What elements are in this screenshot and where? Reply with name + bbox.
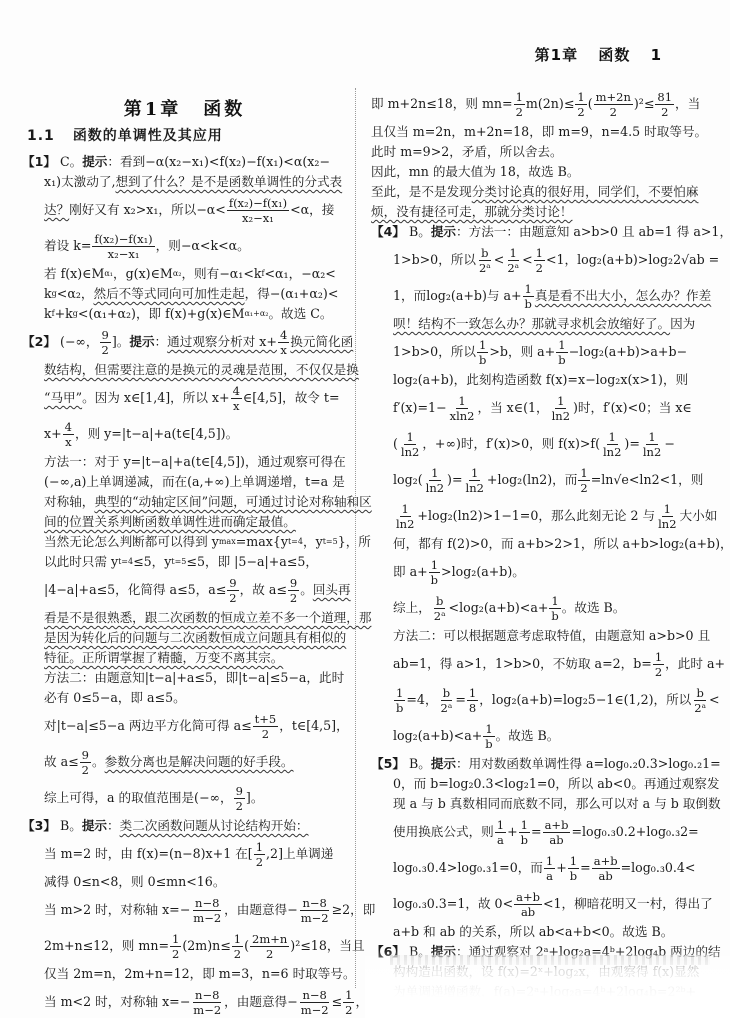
numerator: b [441, 686, 452, 701]
fraction: 92 [288, 576, 299, 605]
text-run: 。故选 B。 [562, 598, 626, 618]
text-line: 因此，mn 的最大值为 18，故选 B。 [371, 162, 693, 182]
denominator: a [544, 869, 555, 883]
text-run: ]。 [112, 332, 130, 352]
text-run: B。 [60, 816, 82, 836]
text-line: 数结构，但需要注意的是换元的灵魂是范围，不仅仅是换 [22, 360, 347, 380]
numerator: 9 [288, 576, 299, 591]
fraction: 1b [394, 686, 405, 715]
numerator: 1 [575, 90, 586, 105]
text-run: ，则 y=|t−a|+a(t∈[4,5])。 [75, 424, 238, 444]
numerator: 1 [549, 594, 560, 609]
numerator: 1 [469, 466, 480, 481]
text-run: 方法一：对于 y=|t−a|+a(t∈[4,5])，通过观察可得在 [44, 452, 346, 472]
text-run: 此时 m=9>2，矛盾，所以舍去。 [371, 142, 563, 162]
denominator: b [523, 297, 534, 311]
text-run: <α₁，−α₂< [264, 264, 335, 284]
text-run: 当 m=2 时，由 f(x)=(n−8)x+1 在[ [44, 844, 253, 864]
emphasized-text: 通过观察分析对 x+ [167, 332, 277, 352]
denominator: ln2 [550, 409, 572, 423]
fraction: 12 [575, 90, 586, 119]
numerator: 81 [655, 90, 674, 105]
text-line: kg<α₂，然后不等式同向可加性走起，得−(α₁+α₂)< [22, 284, 347, 304]
text-run: 。 [300, 580, 313, 600]
section-title: 1.1函数的单调性及其应用 [27, 126, 347, 146]
denominator: 2ᵃ [692, 701, 708, 715]
text-run: ： [155, 332, 168, 352]
text-run: m(2n)≤ [526, 94, 574, 114]
text-line: 减得 0≤n<8，则 0≤mn<16。 [22, 872, 347, 892]
text-line: 烦，没有捷径可走，那就分类讨论！ [371, 202, 693, 222]
fraction: n−8m−2 [191, 988, 223, 1017]
numerator: 1 [555, 394, 566, 409]
section-name: 函数的单调性及其应用 [73, 128, 223, 144]
fraction: 1ln2 [424, 466, 446, 495]
text-line: 以此时只需 yt=4≤5，yt=5≤5，即 |5−a|+a≤5， [22, 552, 347, 572]
text-run: 即 m+2n≤18，则 mn= [371, 94, 513, 114]
problem-number: 【4】 [371, 222, 405, 242]
text-run: }，所 [338, 532, 371, 552]
fraction: 1ln2 [550, 394, 572, 423]
section-number: 1.1 [27, 128, 55, 144]
fraction: b2ᵃ [477, 246, 493, 275]
text-run: ( [244, 936, 249, 956]
denominator: x [63, 435, 74, 449]
numerator: 1 [556, 338, 567, 353]
fraction: 1ln2 [399, 430, 421, 459]
fraction: b2ᵃ [692, 686, 708, 715]
numerator: b [479, 246, 490, 261]
text-line: kf+kg<(α₁+α₂)，即 f(x)+g(x)∈Mα₁+α₂。故选 C。 [22, 304, 347, 324]
text-run: <α₂， [57, 284, 94, 304]
text-line: 当 m<2 时，对称轴 x=−n−8m−2，由题意得−n−8m−2≤12， [22, 984, 347, 1018]
fraction: 92 [227, 576, 238, 605]
fraction: 92 [234, 784, 245, 813]
denominator: 2 [100, 343, 111, 357]
denominator: b [394, 701, 405, 715]
text-run: ，则−α<k<α。 [156, 236, 250, 256]
text-run: k [44, 284, 52, 304]
text-run: ，g(x)∈M [113, 264, 173, 284]
denominator: ln2 [464, 481, 486, 495]
numerator: 1 [467, 686, 478, 701]
text-run: 当然无论怎么判断都可以得到 y [44, 532, 219, 552]
text-line: log₂(a+b)<a+1b。故选 B。 [371, 718, 693, 754]
text-line: “马甲”。因为 x∈[1,4]，所以 x+4x∈[4,5]，故令 t= [22, 380, 347, 416]
denominator: b [556, 353, 567, 367]
text-line: 且仅当 m=2n，m+2n=18，即 m=9，n=4.5 时取等号。 [371, 122, 693, 142]
text-line: 间的位置关系判断函数单调性进而确定最值。 [22, 512, 347, 532]
text-line: 当 m=2 时，由 f(x)=(n−8)x+1 在[12,2]上单调递 [22, 836, 347, 872]
denominator: 8 [467, 701, 478, 715]
text-run: 2m+n≤12，则 mn= [44, 936, 169, 956]
text-line: 2m+n≤12，则 mn=12(2m)n≤12(2m+n2)²≤18，当且 [22, 928, 347, 964]
numerator: n−8 [300, 896, 328, 911]
text-line: 特征。正所谓掌握了精髓，万变不离其宗。 [22, 648, 347, 668]
faded-scan-edge [390, 955, 710, 965]
text-line: 即 a+1b>log₂(a+b)。 [371, 554, 693, 590]
numerator: 1 [254, 840, 265, 855]
denominator: 2ᵃ [439, 701, 455, 715]
text-run: 因此，mn 的最大值为 18，故选 B。 [371, 162, 579, 182]
fraction: 1a [544, 854, 555, 883]
text-run: ，得−(α₁+α₂)< [245, 284, 339, 304]
problem-number: 【2】 [22, 332, 56, 352]
text-run: f′(x)=1− [393, 398, 447, 418]
emphasized-text: 回头再 [313, 580, 351, 600]
text-line: log₂b，而 f(2b)=2²ᵇ+log₂2b，f(b²)=2ᵇ²+log₂b… [371, 1002, 693, 1018]
text-line: 方法二：由题意知|t−a|+a≤5，即|t−a|≤5−a，此时 [22, 668, 347, 688]
text-line: a+b 和 ab 的关系，所以 ab<a+b<0。故选 B。 [371, 922, 693, 942]
numerator: n−8 [193, 988, 221, 1003]
text-run: 。因为 x∈[1,4]，所以 x+ [82, 388, 230, 408]
text-line: 对|t−a|≤5−a 两边平方化简可得 a≤t+52，t∈[4,5]， [22, 708, 347, 744]
text-line: 0，而 b=log₂0.3<log₂1=0，所以 ab<0。再通过观察发 [371, 774, 693, 794]
text-run: ，由题意得− [224, 900, 298, 920]
text-line: 方法一：对于 y=|t−a|+a(t∈[4,5])，通过观察可得在 [22, 452, 347, 472]
text-line: 使用换底公式，则1a+1b=a+bab=log₀.₃0.2+log₀.₃2= [371, 814, 693, 850]
text-line: 为单调递增函数，f(a)=2ᵃ+log₂a=4ᵇ+2log₄b=2²ᵇ+ [371, 982, 693, 1002]
emphasized-text: 是因为转化后的问题与二次函数恒成立问题具有相似的 [44, 628, 346, 648]
text-run: −log₂(a+b)>a+b− [569, 342, 687, 362]
text-line: ab=1，得 a>1，1>b>0，不妨取 a=2，b=12，此时 a+ [371, 646, 693, 682]
denominator: m−2 [299, 1003, 331, 1017]
denominator: b [519, 833, 530, 847]
text-line: log₂(a+b)，此刻构造函数 f(x)=x−log₂x(x>1)，则 [371, 370, 693, 390]
numerator: n−8 [193, 896, 221, 911]
text-line: 现 a 与 b 真数相同而底数不同，那么可以对 a 与 b 取倒数 [371, 794, 693, 814]
emphasized-text: 参数分离也是解决问题的好手段。 [105, 752, 294, 772]
text-line: 达？ 刚好又有 x₂>x₁，所以−α<f(x₂)−f(x₁)x₂−x₁<α，接 [22, 192, 347, 228]
denominator: 2 [288, 591, 299, 605]
denominator: 2 [575, 105, 586, 119]
denominator: 2 [659, 105, 670, 119]
text-run: 且仅当 m=2n，m+2n=18，即 m=9，n=4.5 时取等号。 [371, 122, 707, 142]
fraction: 12 [232, 932, 243, 961]
numerator: 1 [653, 650, 664, 665]
fraction: n−8m−2 [191, 896, 223, 925]
text-run: x₁)太激动了, [44, 172, 115, 192]
text-line: 看是不是很熟悉，跟二次函数的恒成立差不多一个道理，那 [22, 608, 347, 628]
fraction: 1b [523, 282, 534, 311]
text-run: ， [355, 992, 368, 1012]
text-run: 当 m>2 时，对称轴 x=− [44, 900, 190, 920]
fraction: m+2n2 [594, 90, 633, 119]
text-run: 必有 0≤5−a，即 a≤5。 [44, 688, 186, 708]
denominator: 2 [514, 105, 525, 119]
numerator: 1 [607, 430, 618, 445]
text-line: 【4】B。提示：方法一：由题意知 a>b>0 且 ab=1 得 a>1， [371, 222, 693, 242]
numerator: 4 [278, 328, 289, 343]
fraction: 12 [254, 840, 265, 869]
emphasized-text: 看是不是很熟悉，跟二次函数的恒成立差不多一个道理，那 [44, 608, 371, 628]
text-run: + [507, 822, 518, 842]
text-line: 是因为转化后的问题与二次函数恒成立问题具有相似的 [22, 628, 347, 648]
text-run: ≥2，即 [332, 900, 376, 920]
text-line: 呗！结构不一致怎么办？那就寻求机会放缩好了。因为 [371, 314, 693, 334]
denominator: m−2 [191, 911, 223, 925]
text-line: 故 a≤92。参数分离也是解决问题的好手段。 [22, 744, 347, 780]
text-run: 1>b>0，所以 [393, 342, 476, 362]
running-header-title: 函数 [598, 46, 630, 64]
fraction: 1b [556, 338, 567, 367]
text-run: 1，而log₂(a+b)与 a+ [393, 286, 522, 306]
fraction: 4x [63, 420, 74, 449]
text-line: 1b=4，b2ᵃ=18，log₂(a+b)=log₂5−1∈(1,2)，所以b2… [371, 682, 693, 718]
text-line: log₀.₃0.4>log₀.₃1=0，而1a+1b=a+bab=log₀.₃0… [371, 850, 693, 886]
running-header-chapter: 第1章 [535, 46, 578, 64]
text-run: ]。 [246, 788, 264, 808]
numerator: m+2n [594, 90, 633, 105]
text-run: = [455, 690, 466, 710]
denominator: ab [547, 833, 565, 847]
fraction: 1ln2 [601, 430, 623, 459]
denominator: x [231, 399, 242, 413]
emphasized-text: 换元简化函 [290, 332, 353, 352]
numerator: 1 [394, 686, 405, 701]
fraction: 18 [467, 686, 478, 715]
denominator: 2 [227, 591, 238, 605]
denominator: 2 [534, 261, 545, 275]
denominator: x₂−x₁ [240, 211, 276, 225]
numerator: 1 [514, 90, 525, 105]
text-run: x+ [44, 424, 62, 444]
text-run: 减得 0≤n<8，则 0≤mn<16。 [44, 872, 225, 892]
text-run: <log₂(a+b)<a+ [449, 598, 549, 618]
denominator: ln2 [424, 481, 446, 495]
text-run: >log₂(a+b)。 [441, 562, 525, 582]
text-run: < [709, 690, 720, 710]
text-line: 【1】C。提示：看到−α(x₂−x₁)<f(x₂)−f(x₁)<α(x₂− [22, 152, 347, 172]
numerator: 1 [483, 722, 494, 737]
numerator: 4 [63, 420, 74, 435]
hint-label: 提示 [129, 332, 154, 352]
hint-label: 提示 [82, 816, 107, 836]
text-run: >b，则 a+ [489, 342, 555, 362]
text-run: )= [447, 470, 462, 490]
text-line: log₀.₃0.3=1，故 0<a+bab<1，柳暗花明又一村，得出了 [371, 886, 693, 922]
numerator: 1 [429, 466, 440, 481]
text-run: 现 a 与 b 真数相同而底数不同，那么可以对 a 与 b 取倒数 [393, 794, 721, 814]
text-run: =log₀.₃0.2+log₀.₃2= [571, 822, 698, 842]
text-run: − [664, 434, 675, 454]
text-run: log₂b，而 f(2b)=2²ᵇ+log₂2b，f(b²)=2ᵇ²+log₂b… [393, 1002, 695, 1018]
text-run: 因为 [670, 314, 695, 334]
text-run: ，故 a≤ [240, 580, 287, 600]
text-run: = [531, 822, 542, 842]
text-line: x₁)太激动了,想到了什么？是不是函数单调性的分式表 [22, 172, 347, 192]
denominator: x [278, 343, 289, 357]
text-line: log₂(1ln2)=1ln2+log₂(ln2)，而12=ln√e<ln2<1… [371, 462, 693, 498]
text-line: 何，都有 f(2)>0，而 a+b>2>1，所以 a+b>log₂(a+b)， [371, 534, 693, 554]
numerator: b [694, 686, 705, 701]
emphasized-text: 类二次函数问题从讨论结构开始： [120, 816, 309, 836]
text-line: x+4x，则 y=|t−a|+a(t∈[4,5])。 [22, 416, 347, 452]
fraction: 1b [549, 594, 560, 623]
denominator: ln2 [394, 517, 416, 531]
numerator: 1 [519, 818, 530, 833]
running-header: 第1章 函数 1 [535, 44, 662, 65]
numerator: 1 [544, 854, 555, 869]
emphasized-text: 然后不等式同向可加性走起 [93, 284, 244, 304]
text-run: log₂(a+b)，此刻构造函数 f(x)=x−log₂x(x>1)，则 [393, 370, 688, 390]
denominator: b [483, 737, 494, 751]
fraction: 2m+n2 [250, 932, 289, 961]
text-run: ≤ [332, 992, 343, 1012]
text-run: (−∞,a)上单调递减，而在(a,+∞)上单调递增，t=a 是 [44, 472, 345, 492]
text-run: +log₂(ln2)，而 [487, 470, 577, 490]
right-column-lines: 即 m+2n≤18，则 mn=12m(2n)≤12(m+2n2)²≤812，当且… [371, 86, 693, 1018]
fraction: b2ᵃ [432, 594, 448, 623]
text-run: 何，都有 f(2)>0，而 a+b>2>1，所以 a+b>log₂(a+b)， [393, 534, 730, 554]
text-line: 当 m>2 时，对称轴 x=−n−8m−2，由题意得−n−8m−2≥2，即 [22, 892, 347, 928]
emphasized-text: 分类讨论真的很好用，同学们，不要怕麻 [472, 182, 699, 202]
text-run: = [580, 858, 591, 878]
text-run: 综上可得，a 的取值范围是(−∞， [44, 788, 233, 808]
text-run: log₂(a+b)<a+ [393, 726, 482, 746]
text-run: 。 [92, 752, 105, 772]
numerator: 1 [662, 502, 673, 517]
textbook-page: 第1章 函数 1 第1章函数 1.1函数的单调性及其应用 【1】C。提示：看到−… [0, 0, 730, 1018]
text-line: 构构造出函数，设 f(x)=2ˣ+log₂x，由观察得 f(x)显然 [371, 962, 693, 982]
right-column: 即 m+2n≤18，则 mn=12m(2n)≤12(m+2n2)²≤812，当且… [371, 86, 693, 1018]
numerator: 1 [646, 430, 657, 445]
emphasized-text: 真是看不出大小，怎么办？作差 [535, 286, 711, 306]
fraction: a+bab [543, 818, 571, 847]
text-run: 当 m<2 时，对称轴 x=− [44, 992, 190, 1012]
fraction: t+52 [253, 712, 279, 741]
denominator: 2ᵃ [477, 261, 493, 275]
text-line: 综上可得，a 的取值范围是(−∞，92]。 [22, 780, 347, 816]
text-line: |4−a|+a≤5，化简得 a≤5，a≤92，故 a≤92。回头再 [22, 572, 347, 608]
text-line: 1ln2+log₂(ln2)>1−1=0，那么此刻无论 2 与1ln2大小如 [371, 498, 693, 534]
numerator: a+b [592, 854, 620, 869]
emphasized-text: 典型的“动轴定区间”问题，可通过讨论对称轴和区 [94, 492, 371, 512]
denominator: 2ᵃ [505, 261, 521, 275]
fraction: 1b [477, 338, 488, 367]
text-run: 大小如 [680, 506, 718, 526]
text-run: =ln√e<ln2<1，则 [591, 470, 704, 490]
numerator: 1 [568, 854, 579, 869]
fraction: 1b [519, 818, 530, 847]
fraction: 1a [495, 818, 506, 847]
text-line: 着设 k=f(x₂)−f(x₁)x₂−x₁，则−α<k<α。 [22, 228, 347, 264]
text-run: ，log₂(a+b)=log₂5−1∈(1,2)，所以 [479, 690, 691, 710]
text-run: ab=1，得 a>1，1>b>0，不妨取 a=2，b= [393, 654, 652, 674]
text-run: <α，接 [290, 200, 334, 220]
page-number: 1 [651, 46, 662, 64]
text-run: ≤5，即 |5−a|+a≤5， [186, 552, 318, 572]
fraction: 1b [568, 854, 579, 883]
emphasized-text: 烦，没有捷径可走，那就分类讨论！ [371, 202, 573, 222]
denominator: 2 [170, 947, 181, 961]
fraction: n−8m−2 [299, 896, 331, 925]
text-line: 【2】(−∞，92]。提示：通过观察分析对 x+4x换元简化函 [22, 324, 347, 360]
hint-label: 提示 [431, 222, 456, 242]
numerator: 9 [227, 576, 238, 591]
denominator: m−2 [299, 911, 331, 925]
denominator: m−2 [191, 1003, 223, 1017]
fraction: a+bab [592, 854, 620, 883]
fraction: 1ln2 [464, 466, 486, 495]
numerator: n−8 [300, 988, 328, 1003]
numerator: f(x₂)−f(x₁) [227, 196, 289, 211]
text-run: 即 a+ [393, 562, 428, 582]
text-run: 为单调递增函数，f(a)=2ᵃ+log₂a=4ᵇ+2log₄b=2²ᵇ+ [393, 982, 696, 1002]
fraction: 4x [278, 328, 289, 357]
denominator: 2 [264, 947, 275, 961]
text-run: )时，f′(x)<0；当 x∈ [573, 398, 692, 418]
text-run: < [494, 250, 505, 270]
text-run: 1>b>0，所以 [393, 250, 476, 270]
text-run: 0，而 b=log₂0.3<log₂1=0，所以 ab<0。再通过观察发 [393, 774, 720, 794]
text-run: ,2]上单调递 [266, 844, 333, 864]
emphasized-text: 特征。正所谓掌握了精髓，万变不离其宗。 [44, 648, 283, 668]
emphasized-text: 数结构，但需要注意的是换元的灵魂是范围，不仅仅是换 [44, 360, 359, 380]
numerator: 9 [80, 748, 91, 763]
text-line: (1ln2，+∞)时，f′(x)>0，则 f(x)>f(1ln2)=1ln2− [371, 426, 693, 462]
numerator: 4 [231, 384, 242, 399]
text-run: ，y [303, 532, 323, 552]
fraction: 1b [483, 722, 494, 751]
text-run: |4−a|+a≤5，化简得 a≤5，a≤ [44, 580, 226, 600]
denominator: 2 [343, 1003, 354, 1017]
text-line: 方法二：可以根据题意考虑取特值，由题意知 a>b>0 且 [371, 626, 693, 646]
emphasized-text: 间的位置关系判断函数单调性进而确定最值。 [44, 512, 296, 532]
text-run: ：看到−α(x₂−x₁)<f(x₂)−f(x₁)<α(x₂− [107, 152, 330, 172]
numerator: 1 [170, 932, 181, 947]
denominator: xln2 [448, 409, 477, 423]
numerator: 1 [232, 932, 243, 947]
denominator: ln2 [641, 445, 663, 459]
numerator: 1 [508, 246, 519, 261]
text-run: k [44, 304, 52, 324]
text-run: log₀.₃0.4>log₀.₃1=0，而 [393, 858, 543, 878]
text-run: ，此时 a+ [665, 654, 725, 674]
text-line: 1，而log₂(a+b)与 a+1b真是看不出大小，怎么办？作差 [371, 278, 693, 314]
text-run: B。 [409, 754, 431, 774]
denominator: b [549, 609, 560, 623]
numerator: a+b [543, 818, 571, 833]
text-line: 对称轴，典型的“动轴定区间”问题，可通过讨论对称轴和区 [22, 492, 347, 512]
hint-label: 提示 [431, 754, 456, 774]
fraction: 1ln2 [656, 502, 678, 531]
problem-number: 【3】 [22, 816, 56, 836]
fraction: 4x [231, 384, 242, 413]
text-run: (2m)n≤ [182, 936, 230, 956]
text-line: 【3】B。提示：类二次函数问题从讨论结构开始： [22, 816, 347, 836]
fraction: 12 [170, 932, 181, 961]
denominator: 2 [232, 947, 243, 961]
emphasized-text: “马甲” [44, 388, 82, 408]
numerator: 9 [234, 784, 245, 799]
fraction: 812 [655, 90, 674, 119]
numerator: t+5 [253, 712, 279, 727]
denominator: b [429, 573, 440, 587]
numerator: b [434, 594, 445, 609]
denominator: 2 [254, 855, 265, 869]
numerator: 1 [523, 282, 534, 297]
text-run: =4， [406, 690, 437, 710]
text-line: 必有 0≤5−a，即 a≤5。 [22, 688, 347, 708]
denominator: x₂−x₁ [106, 247, 142, 261]
numerator: 2m+n [250, 932, 289, 947]
text-line: 当然无论怎么判断都可以得到 ymax=max{yt=4，yt=5}，所 [22, 532, 347, 552]
text-run: )²≤ [634, 94, 655, 114]
fraction: 12 [653, 650, 664, 679]
fraction: f(x₂)−f(x₁)x₂−x₁ [227, 196, 289, 225]
text-run: 。故选 B。 [496, 726, 560, 746]
